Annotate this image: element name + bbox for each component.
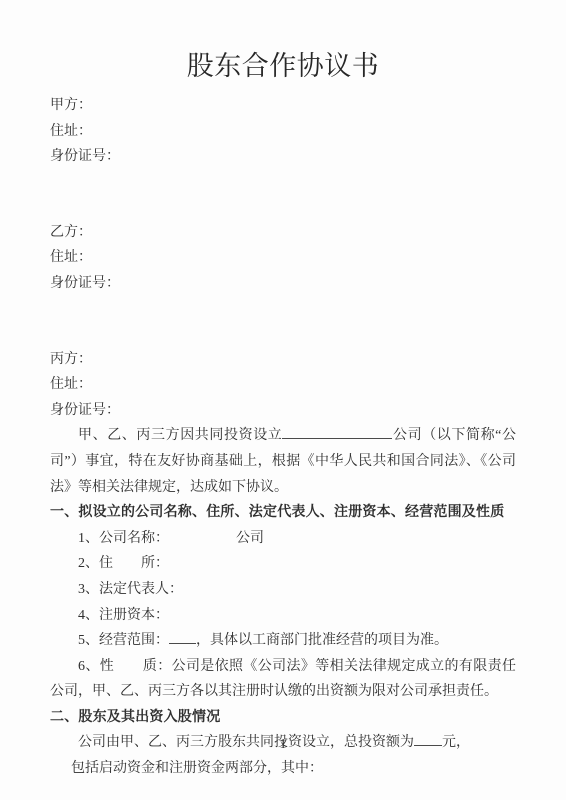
item-legal-representative: 3、法定代表人： bbox=[50, 577, 516, 603]
document-page: 股东合作协议书 甲方： 住址： 身份证号： 乙方： 住址： 身份证号： 丙方： … bbox=[0, 0, 566, 800]
party-b-id-label: 身份证号： bbox=[50, 271, 516, 297]
business-scope-blank-line bbox=[169, 630, 196, 644]
item-registered-address: 2、住 所： bbox=[50, 551, 516, 577]
section-one-heading: 一、拟设立的公司名称、住所、法定代表人、注册资本、经营范围及性质 bbox=[50, 500, 516, 526]
item-registered-capital: 4、注册资本： bbox=[50, 603, 516, 629]
item-business-scope-suffix: ，具体以工商部门批准经营的项目为准。 bbox=[196, 633, 448, 648]
document-title: 股东合作协议书 bbox=[0, 0, 566, 86]
party-a-id-label: 身份证号： bbox=[50, 144, 516, 170]
document-body: 甲方： 住址： 身份证号： 乙方： 住址： 身份证号： 丙方： 住址： 身份证号… bbox=[50, 93, 516, 782]
item-company-name-label: 1、公司名称： bbox=[78, 531, 169, 546]
company-name-blank-line bbox=[282, 425, 392, 439]
item-business-scope-label: 5、经营范围： bbox=[78, 633, 169, 648]
party-c-address-label: 住址： bbox=[50, 372, 516, 398]
block-spacer bbox=[50, 170, 516, 220]
item-company-nature-label: 6、性 质： bbox=[78, 659, 172, 674]
party-a-block: 甲方： 住址： 身份证号： bbox=[50, 93, 516, 170]
item-company-nature: 6、性 质：公司是依照《公司法》等相关法律规定成立的有限责任公司，甲、乙、丙三方… bbox=[50, 654, 516, 705]
party-b-block: 乙方： 住址： 身份证号： bbox=[50, 220, 516, 297]
item-company-name-suffix: 公司 bbox=[236, 531, 264, 546]
item-business-scope: 5、经营范围：，具体以工商部门批准经营的项目为准。 bbox=[50, 628, 516, 654]
item-company-name: 1、公司名称：公司 bbox=[50, 526, 516, 552]
party-c-role-label: 丙方： bbox=[50, 347, 516, 373]
intro-paragraph: 甲、乙、丙三方因共同投资设立公司（以下简称“公司”）事宜，特在友好协商基础上，根… bbox=[50, 423, 516, 500]
party-c-id-label: 身份证号： bbox=[50, 398, 516, 424]
party-c-block: 丙方： 住址： 身份证号： bbox=[50, 347, 516, 424]
party-b-role-label: 乙方： bbox=[50, 220, 516, 246]
party-a-address-label: 住址： bbox=[50, 119, 516, 145]
section-two-heading: 二、股东及其出资入股情况 bbox=[50, 705, 516, 731]
page-number: 1 bbox=[0, 737, 566, 753]
intro-text-before: 甲、乙、丙三方因共同投资设立 bbox=[78, 428, 282, 443]
party-b-address-label: 住址： bbox=[50, 245, 516, 271]
block-spacer bbox=[50, 297, 516, 347]
funds-composition-paragraph: 包括启动资金和注册资金两部分，其中： bbox=[50, 756, 516, 782]
party-a-role-label: 甲方： bbox=[50, 93, 516, 119]
